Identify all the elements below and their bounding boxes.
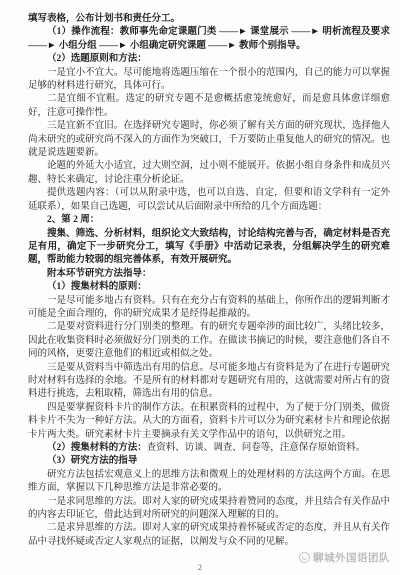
paragraph: 四是要掌握资料卡片的制作方法。在积累资料的过程中，为了便于分门别类，做资料卡片不… <box>28 402 390 442</box>
paragraph: （2）选题原则和方法： <box>28 53 390 66</box>
paragraph: 附本环节研究方法指导： <box>28 268 390 281</box>
text-run: 提供选题内容：（可以从附录中选，也可以自选、自定，但要和语文学科有一定外延联系）… <box>28 188 390 211</box>
paragraph: 二是要对资料进行分门别类的整理。有的研究专题牵涉的面比较广，头绪比较多，因此在收… <box>28 321 390 361</box>
text-run: 三是要从资料当中筛选出有用的信息。尽可能多地占有资料是为了在进行专题研究时对材料… <box>28 363 390 400</box>
text-run: 搜集、筛选、分析材料，组织论文大致结构，讨论结构完善与否，确定材料是否充足有用，… <box>28 229 390 266</box>
paragraph: 一是宜小不宜大。尽可能地将选题压缩在一个很小的范围内，自己的能力可以掌握足够的材… <box>28 67 390 94</box>
text-run: 论题的外延大小适宜，过大则空洞，过小则不能展开。依据小组自身条件和成员兴趣、特长… <box>28 161 390 184</box>
text-run: 附本环节研究方法指导： <box>47 269 152 279</box>
text-run: （1）搜集材料的原则： <box>47 282 147 292</box>
text-run: 一是尽可能多地占有资料。只有在充分占有资料的基础上，你所作出的逻辑判断才可能是全… <box>28 296 390 319</box>
text-run: 一是求同思维的方法。即对人家的研究成果持着赞同的态度，并且结合有关作品中的内容去… <box>28 497 390 520</box>
text-run: 2、第 2 周： <box>47 215 99 225</box>
paragraph: （1）操作流程：教师事先命定课题门类 ——► 课堂展示 ——► 明析流程及要求 … <box>28 26 390 53</box>
text-run: 研究方法包括宏观意义上的思维方法和微观上的处理材料的方法这两个方面。在思维方面，… <box>28 470 390 493</box>
paragraph: 二是求异思维的方法。即对人家的研究成果持着怀疑或否定的态度，并且从有关作品中寻找… <box>28 522 390 549</box>
text-run: （1）操作流程：教师事先命定课题门类 ——► 课堂展示 ——► 明析流程及要求 … <box>28 27 390 50</box>
text-run: 二是要对资料进行分门别类的整理。有的研究专题牵涉的面比较广，头绪比较多，因此在收… <box>28 322 390 359</box>
paragraph: （2）搜集材料的方法：查资料、访谈、调查、问卷等，注意保存原始资料。 <box>28 442 390 455</box>
text-run: 四是要掌握资料卡片的制作方法。在积累资料的过程中，为了便于分门别类，做资料卡片不… <box>28 403 390 440</box>
paragraph: 搜集、筛选、分析材料，组织论文大致结构，讨论结构完善与否，确定材料是否充足有用，… <box>28 228 390 268</box>
page-number: 2 <box>0 563 400 572</box>
text-run: 一是宜小不宜大。尽可能地将选题压缩在一个很小的范围内，自己的能力可以掌握足够的材… <box>28 68 390 91</box>
paragraph: 一是求同思维的方法。即对人家的研究成果持着赞同的态度，并且结合有关作品中的内容去… <box>28 496 390 523</box>
text-run: 三是宜新不宜旧。在选择研究专题时，你必须了解有关方面的研究现状，选择他人尚未研究… <box>28 121 390 158</box>
text-run: 二是求异思维的方法。即对人家的研究成果持着怀疑或否定的态度，并且从有关作品中寻找… <box>28 523 390 546</box>
paragraph: 二是宜细不宜粗。选定的研究专题不是愈概括愈笼统愈好，而是愈具体愈详细愈好，注意可… <box>28 93 390 120</box>
paragraph: 2、第 2 周： <box>28 214 390 227</box>
text-run: 查资料、访谈、调查、问卷等，注意保存原始资料。 <box>147 443 366 453</box>
document-body: 填写表格，公布计划书和责任分工。（1）操作流程：教师事先命定课题门类 ——► 课… <box>28 13 390 549</box>
document-page: 填写表格，公布计划书和责任分工。（1）操作流程：教师事先命定课题门类 ——► 课… <box>0 0 400 575</box>
text-run: 填写表格，公布计划书和责任分工。 <box>28 14 180 24</box>
text-run: （2）搜集材料的方法： <box>47 443 147 453</box>
text-run: 二是宜细不宜粗。选定的研究专题不是愈概括愈笼统愈好，而是愈具体愈详细愈好，注意可… <box>28 94 390 117</box>
paragraph: 填写表格，公布计划书和责任分工。 <box>28 13 390 26</box>
paragraph: 三是要从资料当中筛选出有用的信息。尽可能多地占有资料是为了在进行专题研究时对材料… <box>28 362 390 402</box>
text-run: （2）选题原则和方法： <box>47 54 147 64</box>
paragraph: 三是宜新不宜旧。在选择研究专题时，你必须了解有关方面的研究现状，选择他人尚未研究… <box>28 120 390 160</box>
text-run: （3）研究方法的指导 <box>47 456 137 466</box>
paragraph: （1）搜集材料的原则： <box>28 281 390 294</box>
paragraph: 论题的外延大小适宜，过大则空洞，过小则不能展开。依据小组自身条件和成员兴趣、特长… <box>28 160 390 187</box>
paragraph: 研究方法包括宏观意义上的思维方法和微观上的处理材料的方法这两个方面。在思维方面，… <box>28 469 390 496</box>
paragraph: 一是尽可能多地占有资料。只有在充分占有资料的基础上，你所作出的逻辑判断才可能是全… <box>28 295 390 322</box>
paragraph: 提供选题内容：（可以从附录中选，也可以自选、自定，但要和语文学科有一定外延联系）… <box>28 187 390 214</box>
paragraph: （3）研究方法的指导 <box>28 455 390 468</box>
